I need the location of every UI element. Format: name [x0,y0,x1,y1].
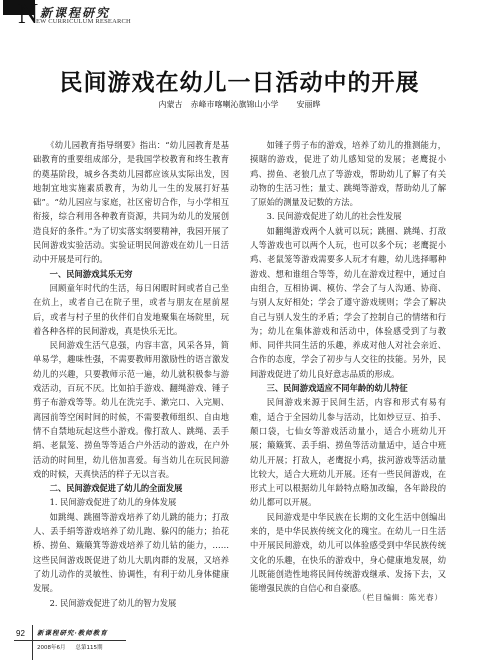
subheading-1: 1. 民间游戏促进了幼儿的身体发展 [33,495,229,509]
article-title: 民间游戏在幼儿一日活动中的开展 [0,64,479,97]
page-footer: 92 新课程研究·教师教育 2008年6月总第115期 [14,625,130,663]
paragraph: 回顾童年时代的生活，每日闲暇时间或者自己坐在炕上，或者自己在院子里，或者与朋友在… [33,281,229,338]
subheading-2: 2. 民间游戏促进了幼儿的智力发展 [33,596,229,610]
paragraph: 如翻绳游戏两个人就可以玩；跳圈、跳绳、打敌人等游戏也可以两个人玩，也可以多个玩；… [250,224,446,381]
issue-info: 2008年6月总第115期 [37,643,103,651]
section-heading-2: 二、民间游戏促进了幼儿的全面发展 [33,481,229,495]
journal-name: 新课程研究·教师教育 [37,628,108,637]
byline-author: 安丽晔 [297,100,321,109]
issue-number: 总第115期 [76,645,103,651]
footer-rule [14,640,126,641]
paragraph: 民间游戏是中华民族在长期的文化生活中创编出来的，是中华民族传统文化的瑰宝。在幼儿… [250,510,446,596]
byline-institution: 赤峰市喀喇沁旗锦山小学 [191,100,279,109]
section-heading-3: 三、民间游戏适应不同年龄的幼儿特征 [250,381,446,395]
byline-region: 内蒙古 [159,100,183,109]
issue-date: 2008年6月 [37,645,66,651]
paragraph: 民间游戏生活气息强，内容丰富，风采各异，简单易学，趣味性强，不需要教师用激励性的… [33,338,229,481]
page-number: 92 [16,629,25,638]
journal-masthead: N 新课程研究 EW CURRICULUM RESEARCH [0,0,140,30]
paragraph: 如锤子剪子布的游戏，培养了幼儿的推测能力，摸瞎的游戏，促进了幼儿感知觉的发展；老… [250,138,446,209]
left-column: 《幼儿园教育指导纲要》指出：“幼儿园教育是基础教育的重要组成部分，是我国学校教育… [33,138,229,610]
editor-note: （栏目编辑：陈光春） [358,592,443,603]
masthead-english-title: EW CURRICULUM RESEARCH [36,18,131,25]
paragraph: 《幼儿园教育指导纲要》指出：“幼儿园教育是基础教育的重要组成部分，是我国学校教育… [33,138,229,267]
footer-divider [32,625,33,660]
byline: 内蒙古赤峰市喀喇沁旗锦山小学安丽晔 [0,99,479,110]
paragraph: 民间游戏来源于民间生活，内容和形式有易有难，适合于全园幼儿参与活动，比如炒豆豆、… [250,395,446,509]
paragraph: 如跳绳、跳圈等游戏培养了幼儿跳的能力；打敌人、丢手绢等游戏培养了幼儿跑、躲闪的能… [33,510,229,596]
subheading-3: 3. 民间游戏促进了幼儿的社会性发展 [250,209,446,223]
right-column: 如锤子剪子布的游戏，培养了幼儿的推测能力，摸瞎的游戏，促进了幼儿感知觉的发展；老… [250,138,446,596]
section-heading-1: 一、民间游戏其乐无穷 [33,267,229,281]
